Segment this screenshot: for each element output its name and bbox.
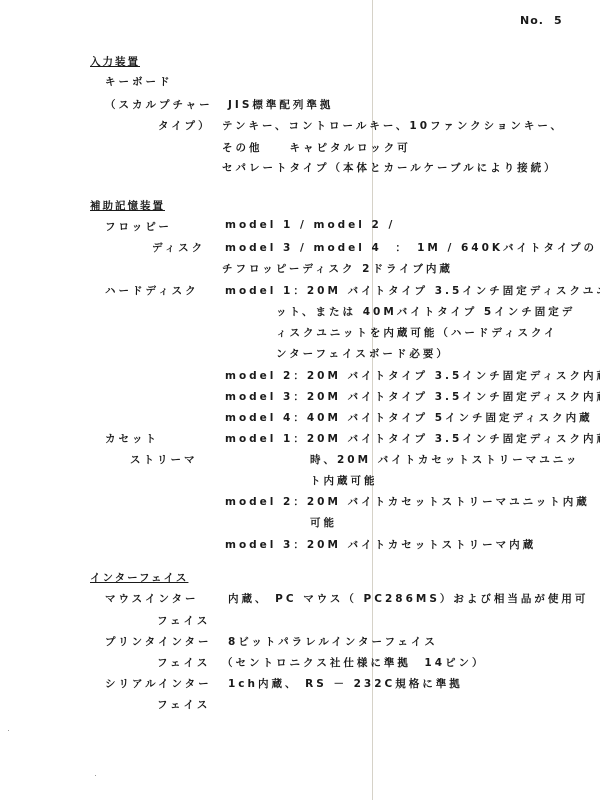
label-floppy-1: フロッピー [105,219,172,234]
input-line-4: セパレートタイプ（本体とカールケーブルにより接続） [222,160,558,175]
hdd-line-6: model 3：20M バイトタイプ 3.5インチ固定ディスク内蔵 [225,389,600,404]
cassette-line-4: model 2：20M バイトカセットストリーマユニット内蔵 [225,494,590,509]
floppy-line-3: チフロッピーディスク 2ドライブ内蔵 [222,261,453,276]
input-line-3: その他 キャピタルロック可 [222,140,411,155]
cassette-line-5: 可能 [310,515,337,530]
cassette-line-1: model 1：20M バイトタイプ 3.5インチ固定ディスク内蔵 [225,431,600,446]
cassette-line-6: model 3：20M バイトカセットストリーマ内蔵 [225,537,536,552]
heading-storage: 補助記憶装置 [90,198,165,213]
label-sculpture-1: （スカルプチャー [105,97,213,112]
label-mouse-1: マウスインター [105,591,199,606]
heading-input-devices: 入力装置 [90,54,140,69]
label-serial-2: フェイス [157,697,210,712]
label-printer-2: フェイス [157,655,210,670]
input-line-2: テンキー、コントロールキー、10ファンクションキー、 [222,118,564,133]
mouse-text: 内蔵、 PC マウス（ PC286MS）および相当品が使用可 [228,591,588,606]
hdd-line-3: ィスクユニットを内蔵可能（ハードディスクイ [276,325,558,340]
label-keyboard: キーボード [105,74,173,89]
page-number-value: 5 [554,14,563,27]
label-hdd: ハードディスク [105,283,199,298]
hdd-line-4: ンターフェイスボード必要） [276,346,450,361]
printer-line-1: 8ビットパラレルインターフェイス [228,634,438,649]
hdd-line-1: model 1：20M バイトタイプ 3.5インチ固定ディスクユニ [225,283,600,298]
hdd-line-7: model 4：40M バイトタイプ 5インチ固定ディスク内蔵 [225,410,593,425]
scan-speck [95,775,96,776]
floppy-line-2: model 3 / model 4 ： 1M / 640Kバイトタイプの 5イン [225,240,600,255]
cassette-line-2: 時、20M バイトカセットストリーマユニッ [310,452,579,467]
hdd-line-5: model 2：20M バイトタイプ 3.5インチ固定ディスク内蔵 [225,368,600,383]
label-mouse-2: フェイス [157,613,210,628]
page-number-label: No. [520,14,544,27]
hdd-line-2: ット、または 40Mバイトタイプ 5インチ固定デ [276,304,575,319]
label-cassette-2: ストリーマ [130,452,198,467]
label-printer-1: プリンタインター [105,634,212,649]
heading-interface: インターフェイス [90,570,188,585]
input-line-1: JIS標準配列準拠 [228,97,333,112]
scan-speck [8,730,9,731]
label-sculpture-2: タイプ） [158,118,212,133]
printer-line-2: （セントロニクス社仕様に準拠 14ピン） [222,655,486,670]
page-number: No.5 [520,14,563,27]
label-cassette-1: カセット [105,431,159,446]
serial-text: 1ch内蔵、 RS － 232C規格に準拠 [228,676,463,691]
cassette-line-3: ト内蔵可能 [310,473,378,488]
label-serial-1: シリアルインター [105,676,212,691]
floppy-line-1: model 1 / model 2 / [225,219,395,231]
label-floppy-2: ディスク [152,240,205,255]
